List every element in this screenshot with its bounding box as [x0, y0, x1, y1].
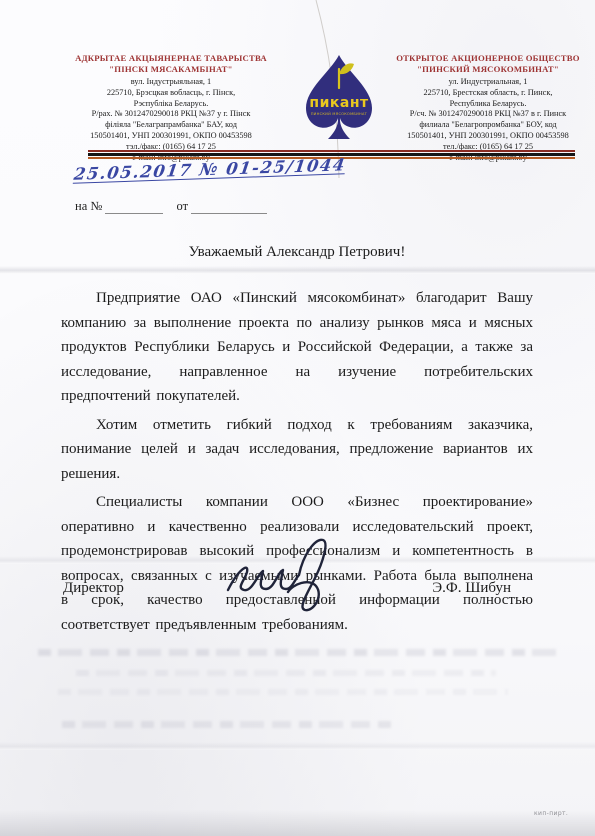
bleedthrough-text-line [58, 689, 508, 695]
signer-name: Э.Ф. Шибун [432, 580, 511, 597]
scanned-letter-page: АДКРЫТАЕ АКЦЫЯНЕРНАЕ ТАВАРЫСТВА "ПІНСКІ … [0, 0, 595, 836]
paragraph: Хотим отметить гибкий подход к требовани… [61, 413, 533, 487]
org-name-line1: АДКРЫТАЕ АКЦЫЯНЕРНАЕ ТАВАРЫСТВА [50, 53, 292, 64]
address-line: филиала "Белагропромбанка" БОУ, код [387, 120, 589, 131]
address-line: вул. Індустрыяльная, 1 [50, 77, 292, 88]
bleedthrough-text-line [62, 721, 392, 728]
reference-date-blank [191, 201, 267, 214]
ot-label: от [177, 199, 189, 213]
letterhead-left: АДКРЫТАЕ АКЦЫЯНЕРНАЕ ТАВАРЫСТВА "ПІНСКІ … [50, 53, 292, 163]
address-line: Рэспубліка Беларусь. [50, 99, 292, 110]
scan-bottom-shadow [0, 810, 595, 836]
address-line: філіяла "Белаграпрамбанка" БАУ, код [50, 120, 292, 131]
signature-row: Директор Э.Ф. Шибун [63, 580, 511, 597]
na-label: на № [75, 199, 102, 213]
bleedthrough-text-line [76, 670, 496, 676]
reference-line: на № от [75, 199, 267, 214]
address-line: Республика Беларусь. [387, 99, 589, 110]
company-logo: пикант ПИНСКИЙ МЯСОКОМБИНАТ [297, 52, 381, 144]
logo-wordmark: пикант [297, 95, 381, 111]
address-line: Р/сч. № 3012470290018 РКЦ №37 в г. Пинск [387, 109, 589, 120]
bleedthrough-text-line [38, 649, 563, 656]
address-line: 225710, Брестская область, г. Пинск, [387, 88, 589, 99]
divider-line-red [88, 150, 575, 152]
logo-subtext: ПИНСКИЙ МЯСОКОМБИНАТ [297, 112, 381, 116]
reference-number-blank [105, 201, 163, 214]
handwritten-signature [218, 533, 358, 615]
org-name-line2: "ПИНСКИЙ МЯСОКОМБИНАТ" [387, 64, 589, 75]
paper-crease [0, 742, 595, 750]
address-line: ул. Индустриальная, 1 [387, 77, 589, 88]
signer-role: Директор [63, 580, 124, 597]
address-line: Р/рах. № 3012470290018 РКЦ №37 у г. Пінс… [50, 109, 292, 120]
paragraph: Предприятие ОАО «Пинский мясокомбинат» б… [61, 286, 533, 409]
letterhead-right: ОТКРЫТОЕ АКЦИОНЕРНОЕ ОБЩЕСТВО "ПИНСКИЙ М… [387, 53, 589, 163]
address-line: 225710, Брэсцкая вобласць, г. Пінск, [50, 88, 292, 99]
address-line: 150501401, УНП 200301991, ОКПО 00453598 [50, 131, 292, 142]
org-name-line2: "ПІНСКІ МЯСАКАМБІНАТ" [50, 64, 292, 75]
salutation: Уважаемый Александр Петрович! [61, 240, 533, 264]
address-line: 150501401, УНП 200301991, ОКПО 00453598 [387, 131, 589, 142]
org-name-line1: ОТКРЫТОЕ АКЦИОНЕРНОЕ ОБЩЕСТВО [387, 53, 589, 64]
